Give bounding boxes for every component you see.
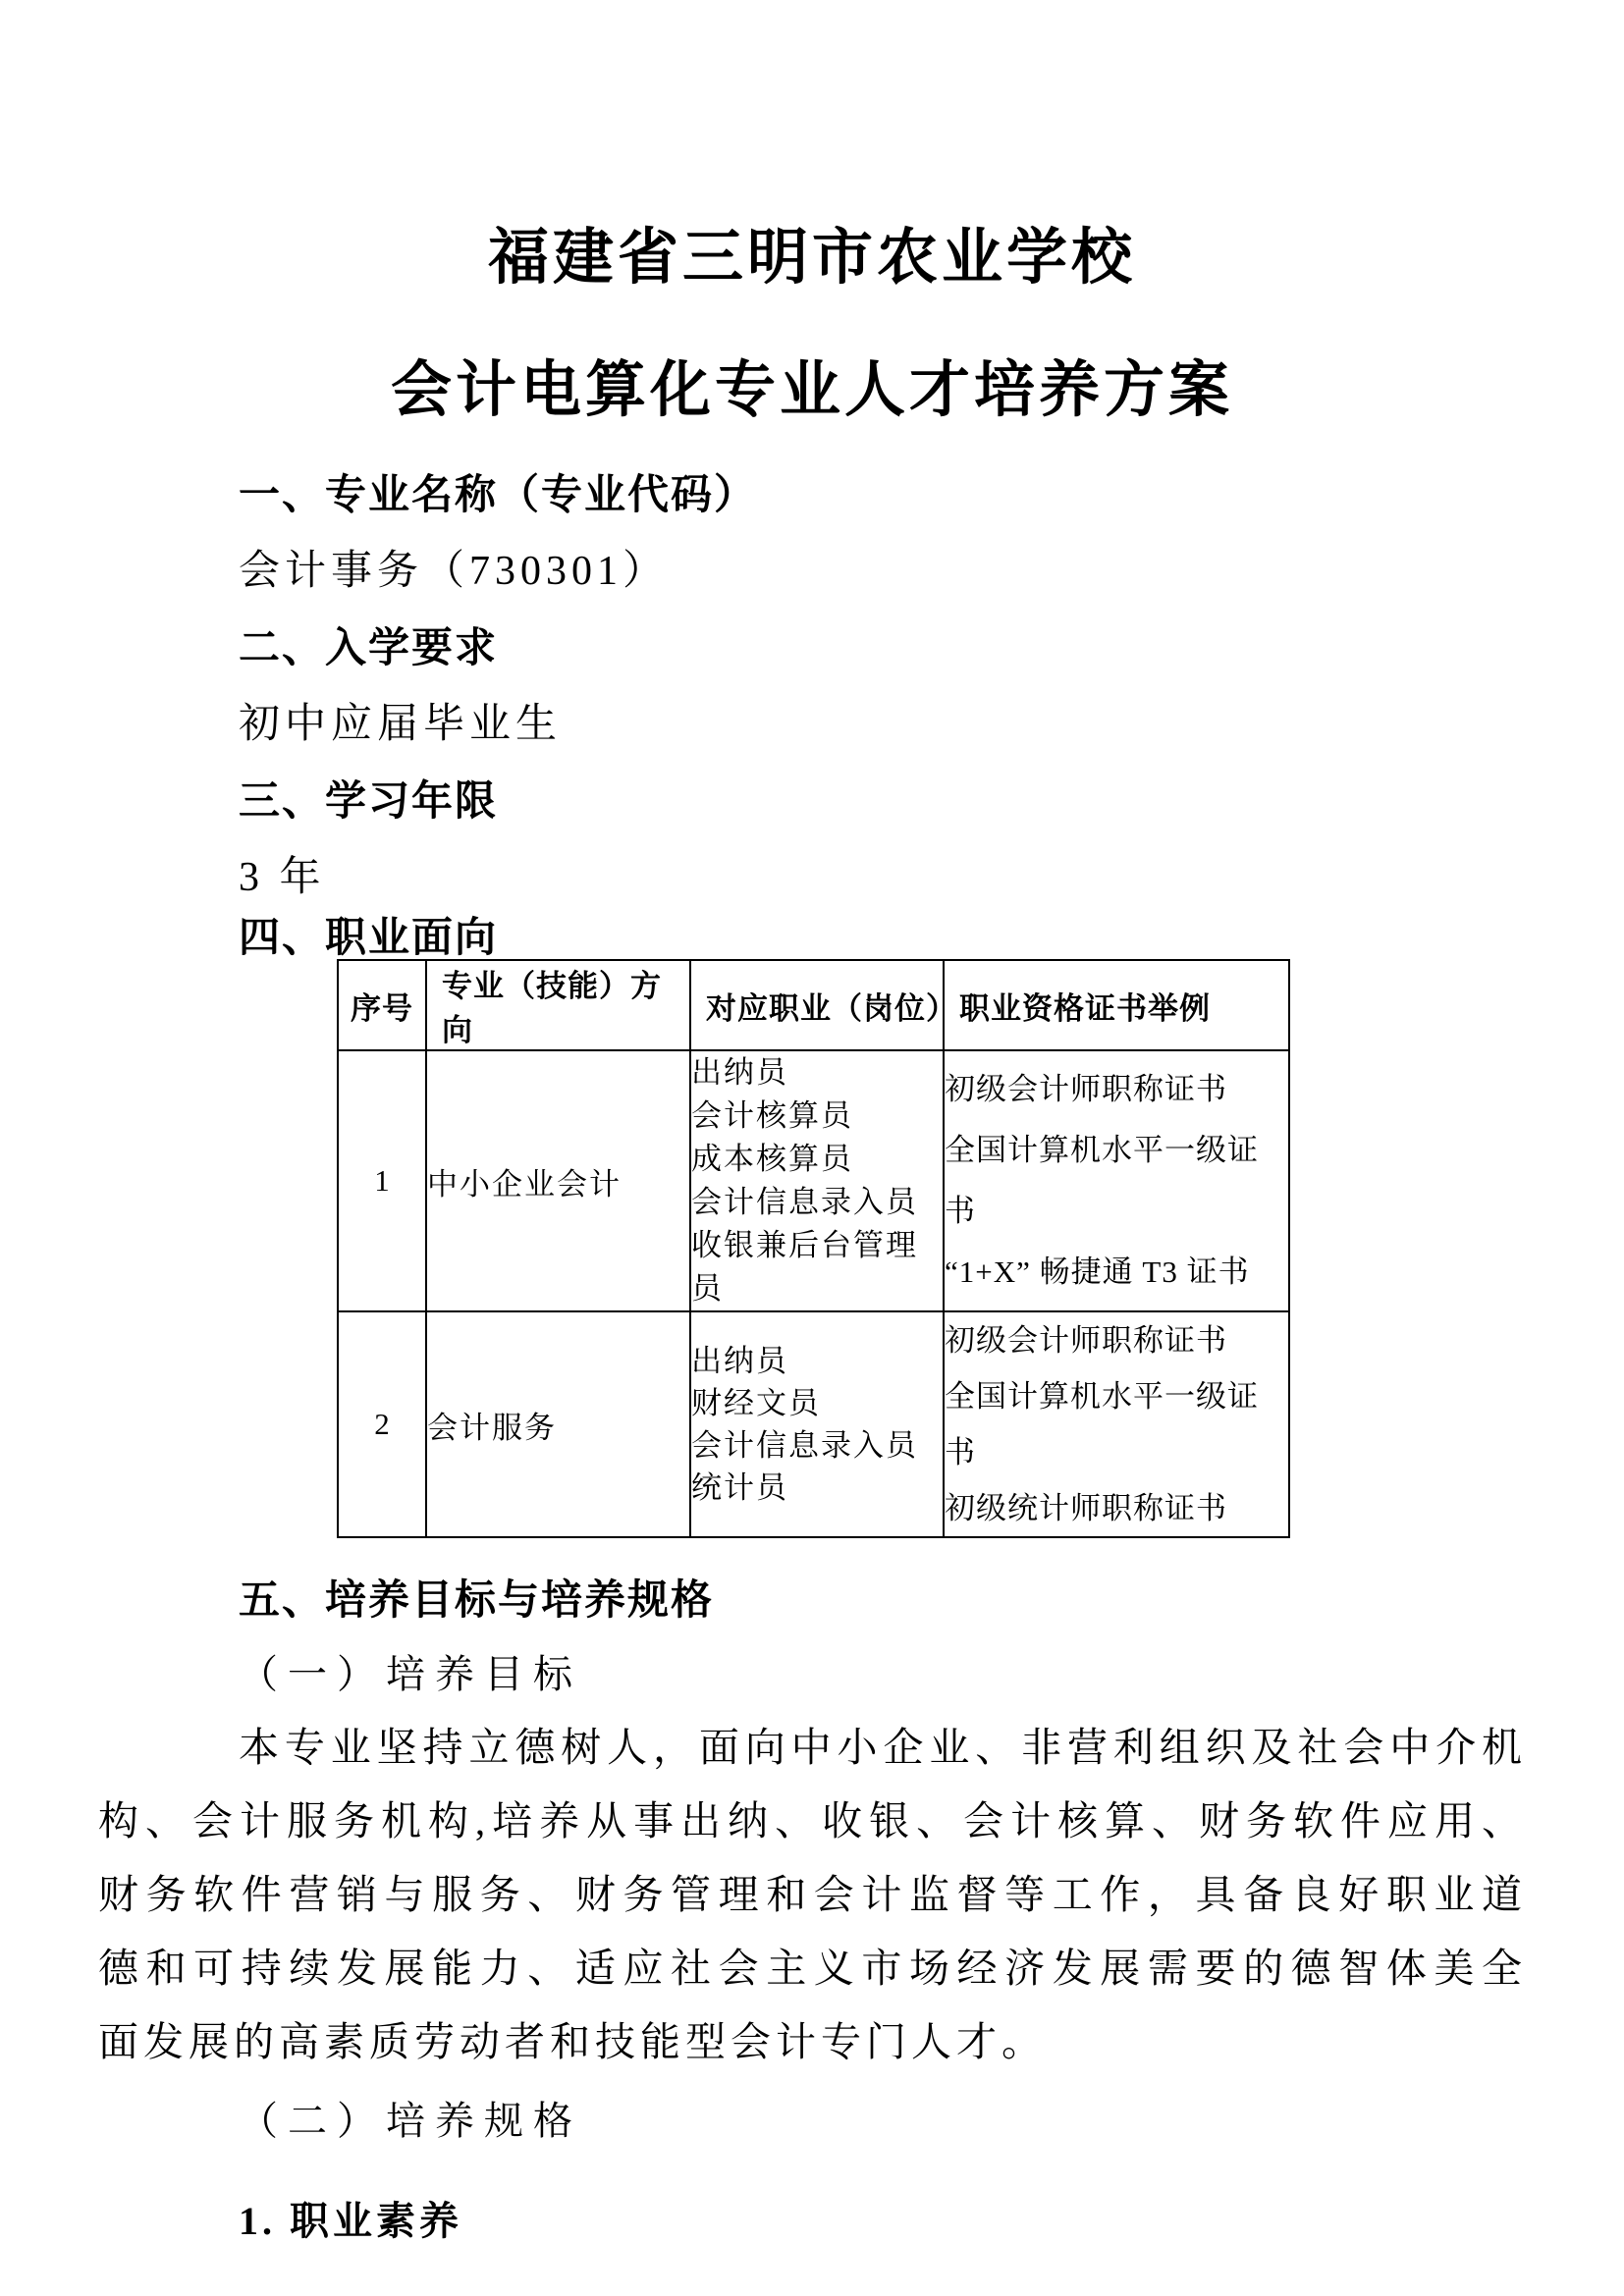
row1-job: 会计信息录入员 xyxy=(691,1181,943,1224)
section-5-sub1: （一）培养目标 xyxy=(239,1638,1526,1711)
row1-job: 会计核算员 xyxy=(691,1095,943,1138)
row2-jobs: 出纳员 财经文员 会计信息录入员 统计员 xyxy=(690,1311,944,1537)
doc-title: 福建省三明市农业学校 会计电算化专业人才培养方案 xyxy=(98,191,1526,456)
row2-cert: 全国计算机水平一级证书 xyxy=(945,1368,1288,1480)
table-row-1: 1 中小企业会计 出纳员 会计核算员 成本核算员 会计信息录入员 收银兼后台管理… xyxy=(338,1050,1289,1311)
section-3-body: 3 年 xyxy=(239,839,1526,916)
paragraph-line: 构、会计服务机构,培养从事出纳、收银、会计核算、财务软件应用、 xyxy=(98,1785,1526,1858)
row1-cert: 全国计算机水平一级证书 xyxy=(945,1120,1288,1242)
table-row-2: 2 会计服务 出纳员 财经文员 会计信息录入员 统计员 初级会计师职称证书 全国… xyxy=(338,1311,1289,1537)
row1-jobs: 出纳员 会计核算员 成本核算员 会计信息录入员 收银兼后台管理员 xyxy=(690,1050,944,1311)
row1-job: 成本核算员 xyxy=(691,1138,943,1181)
row1-cert: “1+X” 畅捷通 T3 证书 xyxy=(945,1242,1288,1303)
table-header-no: 序号 xyxy=(338,960,426,1050)
row2-cert: 初级会计师职称证书 xyxy=(945,1312,1288,1368)
row1-direction: 中小企业会计 xyxy=(426,1050,690,1311)
career-orientation-table: 序号 专业（技能）方向 对应职业（岗位） 职业资格证书举例 1 中小企业会计 出… xyxy=(337,959,1290,1538)
table-header-row: 序号 专业（技能）方向 对应职业（岗位） 职业资格证书举例 xyxy=(338,960,1289,1050)
row2-job: 财经文员 xyxy=(691,1382,943,1424)
paragraph-line: 德和可持续发展能力、适应社会主义市场经济发展需要的德智体美全 xyxy=(98,1932,1526,2005)
table-header-direction: 专业（技能）方向 xyxy=(426,960,690,1050)
paragraph-line: 财务软件营销与服务、财务管理和会计监督等工作，具备良好职业道 xyxy=(98,1858,1526,1932)
section-1-body: 会计事务（730301） xyxy=(239,533,1526,610)
row2-job: 统计员 xyxy=(691,1467,943,1509)
doc-title-line2: 会计电算化专业人才培养方案 xyxy=(98,324,1526,456)
table-header-certs: 职业资格证书举例 xyxy=(944,960,1289,1050)
row2-cert: 初级统计师职称证书 xyxy=(945,1480,1288,1536)
section-5-heading: 五、培养目标与培养规格 xyxy=(239,1562,1526,1638)
paragraph-line: 面发展的高素质劳动者和技能型会计专门人才。 xyxy=(98,2005,1526,2079)
section-3-heading: 三、学习年限 xyxy=(239,763,1526,839)
section-4-heading: 四、职业面向 xyxy=(239,916,1526,959)
section-2-body: 初中应届毕业生 xyxy=(239,686,1526,763)
document-page: 福建省三明市农业学校 会计电算化专业人才培养方案 一、专业名称（专业代码） 会计… xyxy=(0,0,1624,2296)
training-goal-paragraph: 本专业坚持立德树人，面向中小企业、非营利组织及社会中介机 构、会计服务机构,培养… xyxy=(98,1711,1526,2079)
row2-certs: 初级会计师职称证书 全国计算机水平一级证书 初级统计师职称证书 xyxy=(944,1311,1289,1537)
section-1-heading: 一、专业名称（专业代码） xyxy=(239,456,1526,533)
row1-job: 收银兼后台管理员 xyxy=(691,1224,943,1310)
row1-certs: 初级会计师职称证书 全国计算机水平一级证书 “1+X” 畅捷通 T3 证书 xyxy=(944,1050,1289,1311)
paragraph-line: 本专业坚持立德树人，面向中小企业、非营利组织及社会中介机 xyxy=(98,1711,1526,1785)
row1-no: 1 xyxy=(338,1050,426,1311)
row2-job: 会计信息录入员 xyxy=(691,1424,943,1467)
row2-no: 2 xyxy=(338,1311,426,1537)
doc-title-line1: 福建省三明市农业学校 xyxy=(98,191,1526,324)
section-5-item1: 1. 职业素养 xyxy=(239,2183,1526,2260)
section-5-sub2: （二）培养规格 xyxy=(239,2083,1526,2160)
row2-direction: 会计服务 xyxy=(426,1311,690,1537)
section-2-heading: 二、入学要求 xyxy=(239,610,1526,686)
row1-cert: 初级会计师职称证书 xyxy=(945,1059,1288,1120)
row2-job: 出纳员 xyxy=(691,1340,943,1382)
row1-job: 出纳员 xyxy=(691,1051,943,1095)
table-header-jobs: 对应职业（岗位） xyxy=(690,960,944,1050)
